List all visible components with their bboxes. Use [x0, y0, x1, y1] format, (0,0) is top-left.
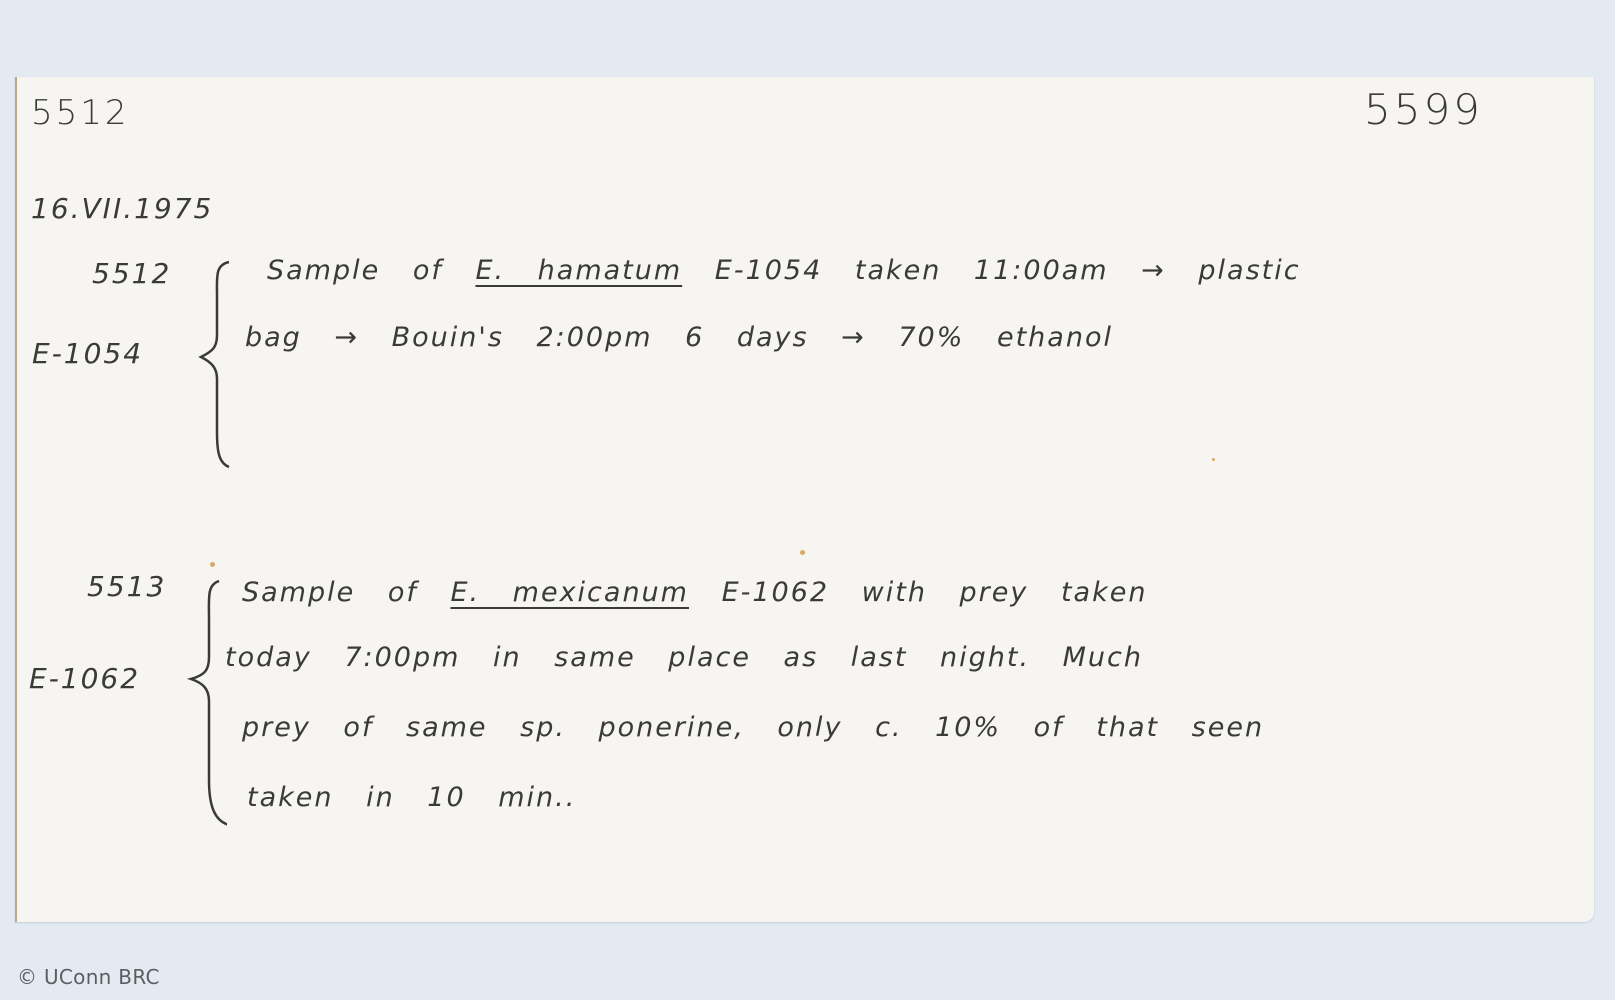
curly-brace-icon: [167, 575, 227, 830]
card-number-right: 5599: [1364, 85, 1483, 134]
species-name: E. hamatum: [475, 255, 682, 286]
entry-line: prey of same sp. ponerine, only c. 10% o…: [242, 712, 1264, 743]
entry-line: bag → Bouin's 2:00pm 6 days → 70% ethano…: [245, 322, 1113, 353]
ink-spot: [210, 562, 215, 567]
entry-text: Sample of: [242, 577, 418, 608]
field-number: E-1054: [32, 337, 143, 370]
species-name: E. mexicanum: [450, 577, 689, 608]
ink-spot: [1212, 458, 1215, 461]
entry-line: Sample of E. hamatum E-1054 taken 11:00a…: [267, 255, 1301, 286]
entry-text: Sample of: [267, 255, 443, 286]
collection-date: 16.VII.1975: [31, 192, 213, 225]
curly-brace-icon: [177, 257, 237, 472]
ink-spot: [800, 550, 805, 555]
entry-line: taken in 10 min..: [247, 782, 576, 813]
card-number-left: 5512: [31, 93, 130, 133]
field-number: E-1062: [29, 662, 140, 695]
entry-line: Sample of E. mexicanum E-1062 with prey …: [242, 577, 1147, 608]
entry-text: E-1054 taken 11:00am → plastic: [715, 255, 1301, 286]
copyright-watermark: © UConn BRC: [17, 965, 160, 989]
specimen-note-card: 5512 5599 16.VII.1975 5512 E-1054 Sample…: [15, 77, 1594, 922]
entry-line: today 7:00pm in same place as last night…: [225, 642, 1143, 673]
entry-text: E-1062 with prey taken: [722, 577, 1148, 608]
catalog-number: 5513: [87, 570, 166, 603]
catalog-number: 5512: [92, 257, 171, 290]
